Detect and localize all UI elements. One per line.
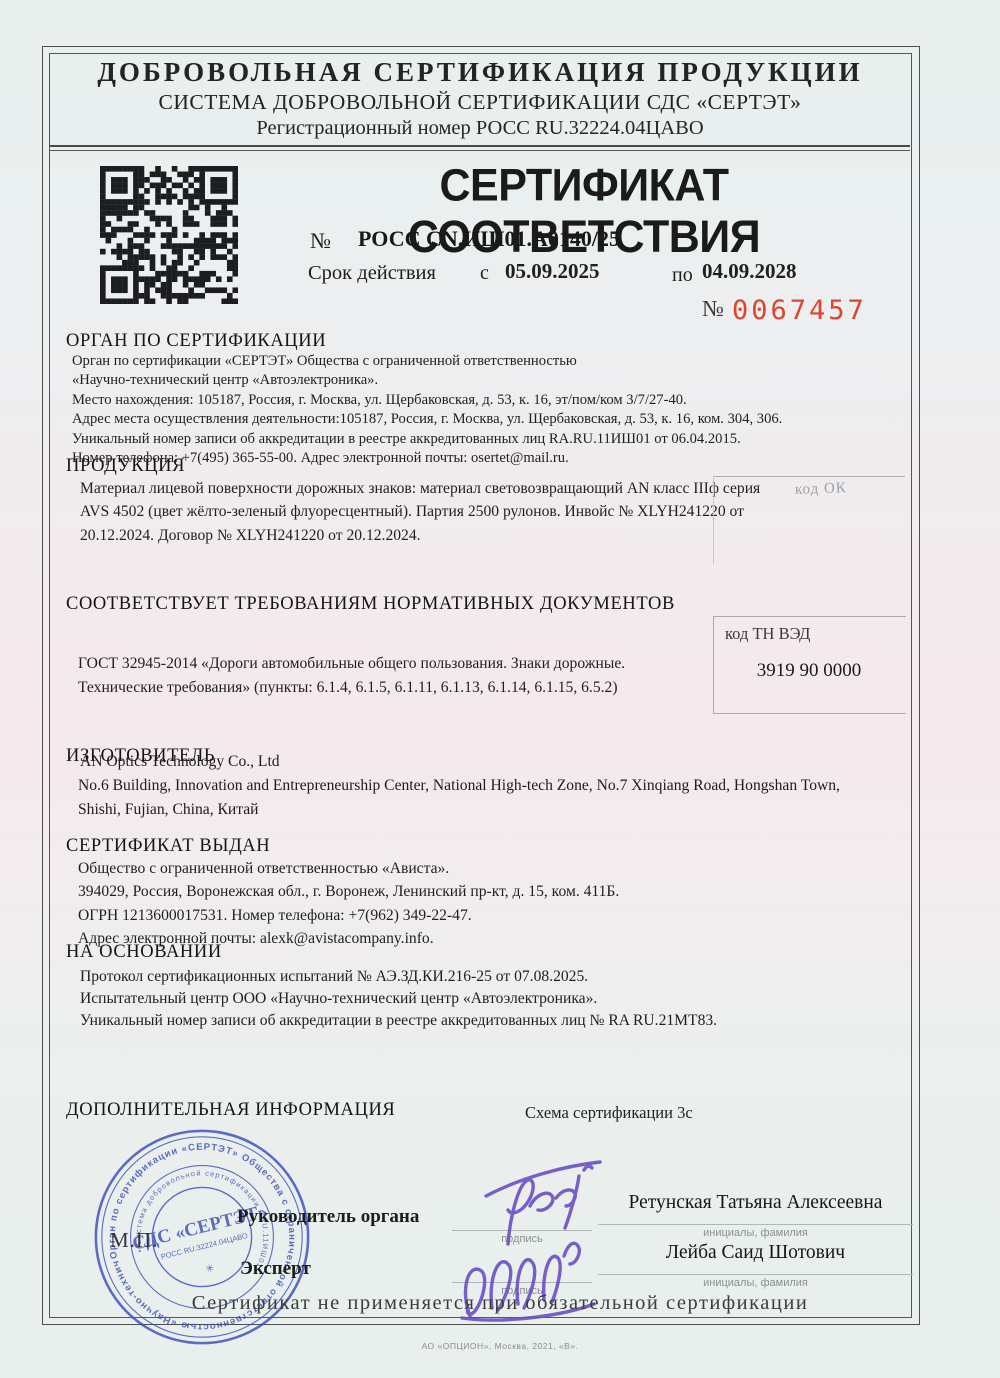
code-ok-label: код ОК [795,480,847,499]
org-line: Адрес места осуществления деятельности:1… [72,410,832,429]
manufacturer-name: AN Optics Technology Co., Ltd [80,753,280,771]
section-heading-certification-body: ОРГАН ПО СЕРТИФИКАЦИИ [66,331,326,352]
tn-ved-code: 3919 90 0000 [713,660,905,682]
validity-to-label: по [672,264,693,287]
gost-requirements-text: ГОСТ 32945-2014 «Дороги автомобильные об… [78,652,698,700]
expert-label: Эксперт [240,1258,311,1280]
basis-line: Испытательный центр ООО «Научно-техничес… [80,988,860,1010]
section-heading-product: ПРОДУКЦИЯ [66,456,185,477]
expert-name-caption: инициалы, фамилия [598,1277,913,1289]
print-house-footer: АО «ОПЦИОН», Москва, 2021, «В». [0,1341,1000,1351]
section-heading-compliance: СООТВЕТСТВУЕТ ТРЕБОВАНИЯМ НОРМАТИВНЫХ ДО… [66,594,675,615]
issued-line: Общество с ограниченной ответственностью… [78,857,858,880]
header-divider-thick [50,145,910,147]
product-description: Материал лицевой поверхности дорожных зн… [80,477,780,547]
section-heading-basis: НА ОСНОВАНИИ [66,942,222,963]
issued-to-text: Общество с ограниченной ответственностью… [78,857,858,950]
certificate-number: РОСС CN.ИШ01.А0140/25 [358,226,620,252]
blank-number-red: 0067457 [732,295,867,326]
expert-name: Лейба Саид Шотович [598,1242,913,1264]
head-name-caption: инициалы, фамилия [598,1227,913,1239]
org-line: Место нахождения: 105187, Россия, г. Мос… [72,391,832,410]
basis-line: Протокол сертификационных испытаний № АЭ… [80,966,860,988]
manufacturer-address-1: No.6 Building, Innovation and Entreprene… [78,777,840,795]
code-ok-rule [713,476,905,477]
certification-body-text: Орган по сертификации «СЕРТЭТ» Общества … [72,352,832,468]
validity-date-to: 04.09.2028 [702,259,797,284]
code-ok-rule-vertical [713,476,714,564]
tn-ved-label: код ТН ВЭД [725,624,810,644]
basis-line: Уникальный номер записи об аккредитации … [80,1010,860,1032]
certification-scheme: Схема сертификации 3с [525,1103,693,1123]
basis-text: Протокол сертификационных испытаний № АЭ… [80,966,860,1032]
blank-number-label: № [702,296,724,322]
mandatory-certification-note: Сертификат не применяется при обязательн… [130,1292,870,1315]
expert-name-line [598,1274,913,1275]
manufacturer-address-2: Shishi, Fujian, China, Китай [78,801,259,819]
gost-line: Технические требования» (пункты: 6.1.4, … [78,676,698,700]
stamp-star-ornament: ✳ [205,1263,216,1276]
certificate-number-label: № [310,228,331,254]
head-of-body-label: Руководитель органа [237,1206,419,1228]
validity-date-from: 05.09.2025 [505,259,600,284]
header-divider-thin [50,150,910,151]
org-line: Уникальный номер записи об аккредитации … [72,430,832,449]
validity-from-label: с [480,262,489,285]
stamp-place-label: М.П. [110,1228,158,1253]
header-registration-number: Регистрационный номер РОСС RU.32224.04ЦА… [60,117,900,140]
section-heading-issued-to: СЕРТИФИКАТ ВЫДАН [66,836,270,857]
org-line: Орган по сертификации «СЕРТЭТ» Общества … [72,352,832,371]
org-line: «Научно-технический центр «Автоэлектрони… [72,371,832,390]
gost-line: ГОСТ 32945-2014 «Дороги автомобильные об… [78,652,698,676]
head-name-line [598,1224,913,1225]
issued-line: 394029, Россия, Воронежская обл., г. Вор… [78,880,858,903]
qr-code [100,166,238,304]
org-line: Номер телефона: +7(495) 365-55-00. Адрес… [72,449,832,468]
header-system-title: СИСТЕМА ДОБРОВОЛЬНОЙ СЕРТИФИКАЦИИ СДС «С… [60,90,900,115]
head-name: Ретунская Татьяна Алексеевна [598,1192,913,1214]
header-program-title: ДОБРОВОЛЬНАЯ СЕРТИФИКАЦИЯ ПРОДУКЦИИ [60,57,900,88]
issued-line: ОГРН 1213600017531. Номер телефона: +7(9… [78,904,858,927]
validity-label: Срок действия [308,262,436,285]
